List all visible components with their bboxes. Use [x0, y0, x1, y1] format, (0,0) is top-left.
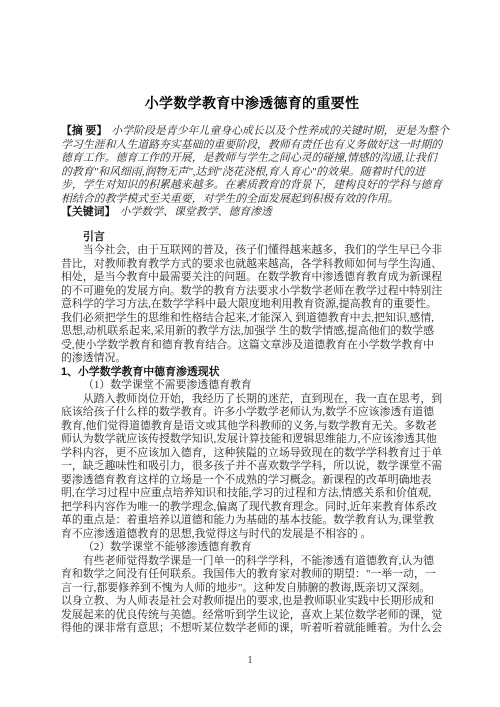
- abstract-paragraph: 【摘 要】小学阶段是青少年儿童身心成长以及个性养成的关键时期，更是为整个 学习生…: [61, 125, 443, 206]
- subsection2-heading: （2）数学课堂不能够渗透德育教育: [61, 541, 443, 555]
- abstract-text: 小学阶段是青少年儿童身心成长以及个性养成的关键时期，更是为整个 学习生涯和人生道…: [61, 125, 449, 205]
- abstract-label: 【摘 要】: [61, 125, 107, 137]
- paragraph-2: 有些老师觉得数学课是一门单一的科学学科，不能渗透有道德教育,认为德 育和数学之间…: [61, 555, 443, 636]
- intro-paragraph: 当今社会，由于互联网的普及，孩子们懂得越来越多，我们的学生早已今非 昔比，对教师…: [61, 244, 443, 366]
- section1-heading: 1、小学数学教育中德育渗透现状: [61, 366, 443, 380]
- keywords-text: 小学数学、课堂教学、德育渗透: [119, 206, 271, 218]
- paragraph-1: 从踏入教师岗位开始，我经历了长期的迷茫，直到现在，我一直在思考，到 底该给孩子什…: [61, 393, 443, 542]
- document-title: 小学数学教育中渗透德育的重要性: [61, 94, 443, 112]
- page-number: 1: [0, 654, 500, 667]
- document-page: 小学数学教育中渗透德育的重要性 【摘 要】小学阶段是青少年儿童身心成长以及个性养…: [0, 0, 500, 707]
- keywords-line: 【关键词】小学数学、课堂教学、德育渗透: [61, 206, 443, 220]
- keywords-label: 【关键词】: [61, 206, 115, 218]
- intro-heading: 引言: [61, 231, 443, 245]
- document-content: 小学数学教育中渗透德育的重要性 【摘 要】小学阶段是青少年儿童身心成长以及个性养…: [61, 0, 443, 636]
- subsection1-heading: （1）数学课堂不需要渗透德育教育: [61, 379, 443, 393]
